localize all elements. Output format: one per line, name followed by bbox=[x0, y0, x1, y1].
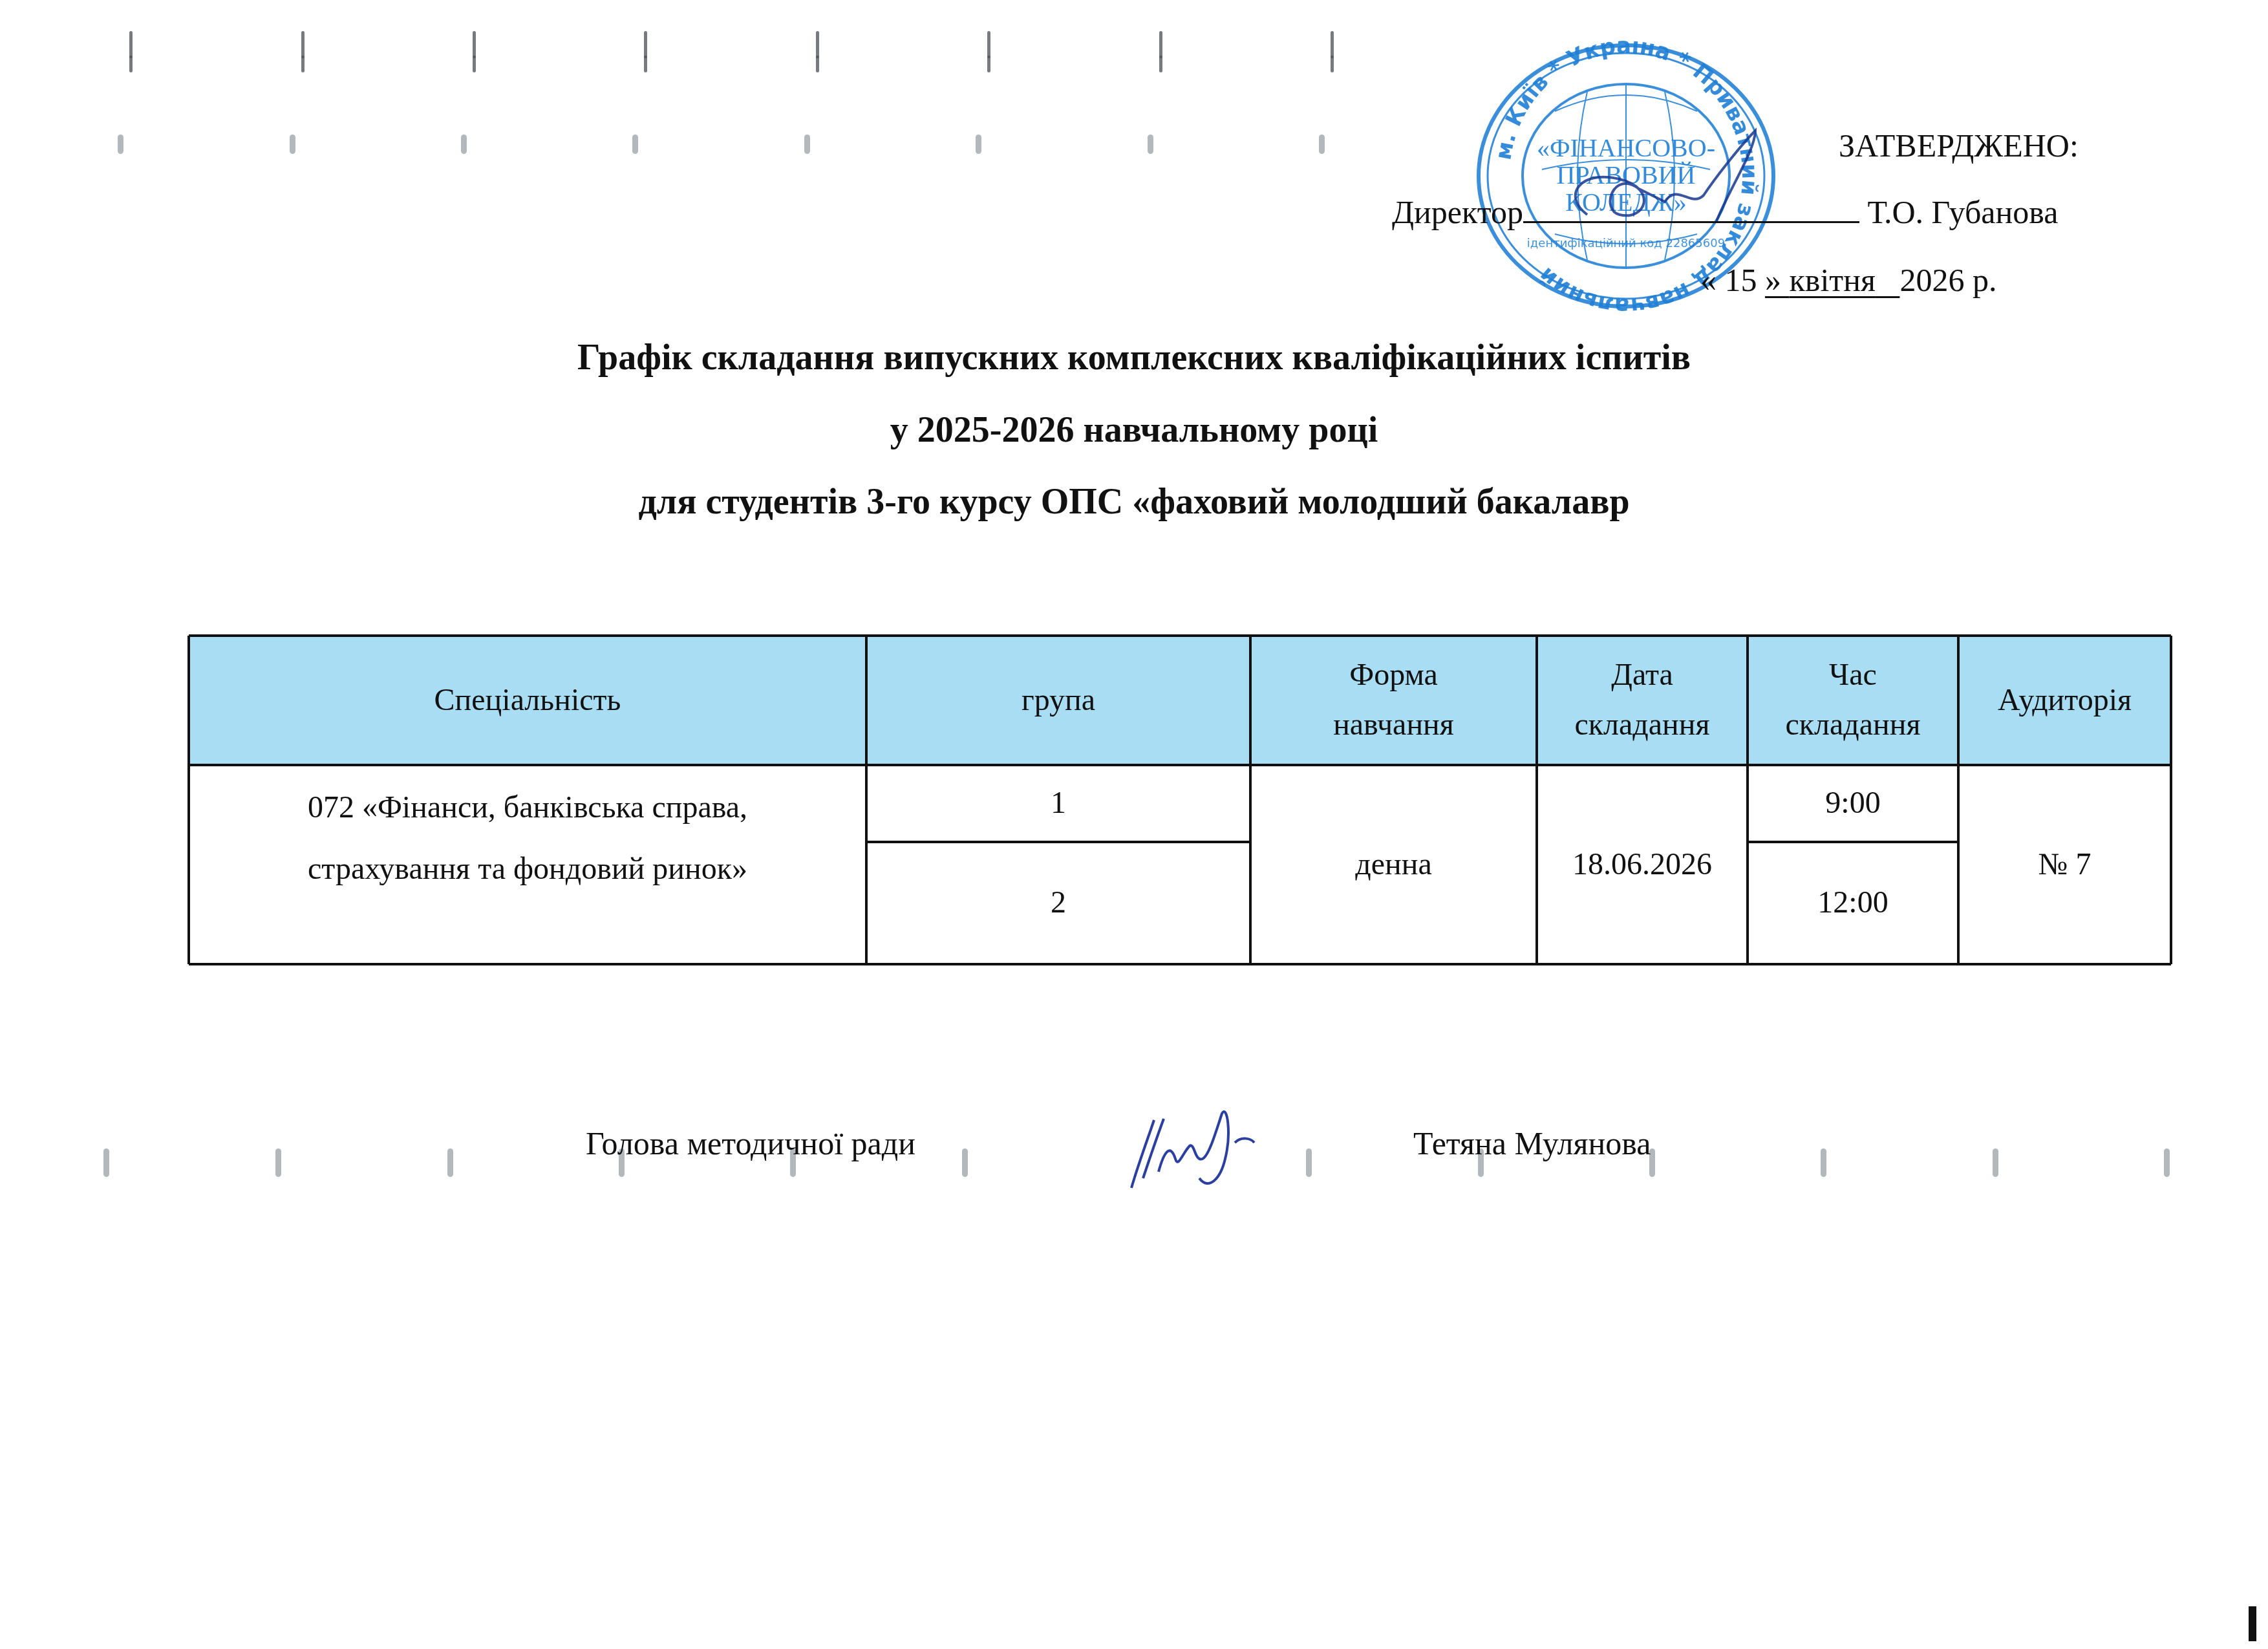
scan-mark bbox=[816, 31, 819, 58]
scan-mark bbox=[473, 31, 476, 58]
scan-mark bbox=[301, 31, 305, 58]
cell-exam-date: 18.06.2026 bbox=[1537, 765, 1748, 964]
table-border bbox=[189, 963, 2171, 965]
cell-room: № 7 bbox=[1958, 765, 2171, 964]
scan-mark bbox=[1821, 1148, 1826, 1177]
scan-mark bbox=[632, 135, 638, 154]
scan-mark bbox=[644, 56, 647, 72]
scan-mark bbox=[301, 56, 305, 72]
table-border bbox=[1746, 636, 1749, 964]
table-border bbox=[1249, 636, 1252, 964]
svg-text:ідентифікаційний код 22865609: ідентифікаційний код 22865609 bbox=[1527, 237, 1725, 250]
header-exam-date: Датаскладання bbox=[1537, 636, 1748, 765]
scan-mark bbox=[118, 135, 123, 154]
scan-mark bbox=[275, 1148, 281, 1177]
date-month-underlined: » квітня bbox=[1765, 262, 1899, 298]
scan-edge-mark bbox=[2249, 1606, 2256, 1641]
scan-mark bbox=[1148, 135, 1153, 154]
approval-signature-line: Директор Т.О. Губанова bbox=[1392, 196, 2058, 228]
cell-group-2: 2 bbox=[866, 842, 1250, 964]
table-border bbox=[1748, 841, 1958, 843]
table-border bbox=[1957, 636, 1960, 964]
cell-time-1: 9:00 bbox=[1748, 765, 1958, 842]
header-exam-time: Часскладання bbox=[1748, 636, 1958, 765]
date-year: 2026 р. bbox=[1899, 262, 1996, 298]
scan-mark bbox=[976, 135, 981, 154]
scan-mark bbox=[2164, 1148, 2170, 1177]
scan-mark bbox=[290, 135, 295, 154]
document-title-line3: для студентів 3-го курсу ОПС «фаховий мо… bbox=[0, 484, 2268, 520]
approval-date: « 15 » квітня 2026 р. bbox=[1700, 264, 1996, 296]
cell-time-2: 12:00 bbox=[1748, 842, 1958, 964]
cell-group-1: 1 bbox=[866, 765, 1250, 842]
header-group: група bbox=[866, 636, 1250, 765]
table-border bbox=[1535, 636, 1538, 964]
chair-signature bbox=[1118, 1107, 1300, 1191]
cell-specialty: 072 «Фінанси, банківська справа, страхув… bbox=[189, 765, 866, 894]
svg-text:«ФІНАНСОВО-: «ФІНАНСОВО- bbox=[1537, 133, 1715, 162]
footer-position: Голова методичної ради bbox=[586, 1127, 915, 1159]
scan-mark bbox=[1319, 135, 1325, 154]
date-quote-close: » bbox=[1765, 262, 1781, 298]
header-specialty: Спеціальність bbox=[189, 636, 866, 765]
scan-mark bbox=[1331, 31, 1334, 58]
cell-study-form: денна bbox=[1250, 765, 1537, 964]
scan-mark bbox=[816, 56, 819, 72]
scan-mark bbox=[1331, 56, 1334, 72]
table-border bbox=[2170, 636, 2172, 964]
scan-mark bbox=[1159, 31, 1162, 58]
table-border bbox=[189, 764, 2171, 766]
scan-mark bbox=[644, 31, 647, 58]
exam-schedule-table: Спеціальність група Форманавчання Датаск… bbox=[189, 636, 2171, 964]
scan-mark bbox=[1306, 1148, 1312, 1177]
scan-mark bbox=[962, 1148, 968, 1177]
scan-mark bbox=[129, 56, 133, 72]
header-room: Аудиторія bbox=[1958, 636, 2171, 765]
table-border bbox=[865, 636, 868, 964]
approval-position: Директор bbox=[1392, 194, 1523, 230]
scan-mark bbox=[1159, 56, 1162, 72]
svg-text:ПРАВОВИЙ: ПРАВОВИЙ bbox=[1557, 160, 1696, 189]
approval-name: Т.О. Губанова bbox=[1867, 194, 2058, 230]
scan-mark bbox=[987, 31, 990, 58]
scan-mark bbox=[1993, 1148, 1998, 1177]
scan-mark bbox=[987, 56, 990, 72]
header-study-form: Форманавчання bbox=[1250, 636, 1537, 765]
scan-mark bbox=[447, 1148, 453, 1177]
date-quote-open: « bbox=[1700, 262, 1717, 298]
table-border bbox=[187, 636, 190, 964]
table-border bbox=[866, 841, 1250, 843]
date-month: квітня bbox=[1790, 262, 1876, 298]
date-day: 15 bbox=[1725, 262, 1757, 298]
scan-mark bbox=[103, 1148, 109, 1177]
footer-name: Тетяна Мулянова bbox=[1413, 1127, 1651, 1159]
table-border bbox=[189, 634, 2171, 637]
document-title-line2: у 2025-2026 навчальному році bbox=[0, 412, 2268, 448]
scan-mark bbox=[461, 135, 467, 154]
document-title-line1: Графік складання випускних комплексних к… bbox=[0, 339, 2268, 376]
approval-heading: ЗАТВЕРДЖЕНО: bbox=[1839, 129, 2079, 162]
scan-mark bbox=[804, 135, 810, 154]
scan-mark bbox=[473, 56, 476, 72]
signature-blank bbox=[1523, 221, 1859, 223]
scan-mark bbox=[129, 31, 133, 58]
